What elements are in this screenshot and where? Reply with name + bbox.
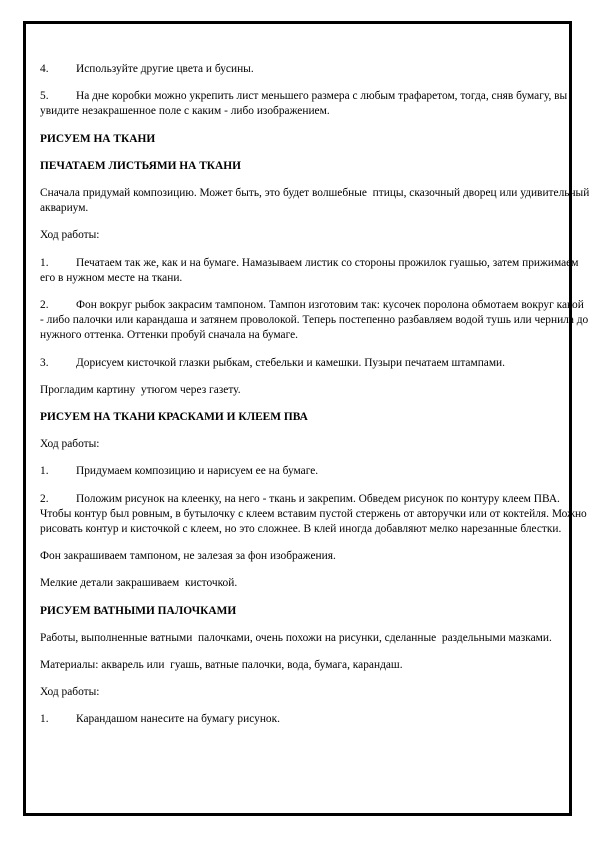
paragraph: Ход работы: xyxy=(40,685,590,700)
paragraph: Материалы: акварель или гуашь, ватные па… xyxy=(40,658,590,673)
list-item: 5.На дне коробки можно укрепить лист мен… xyxy=(40,89,590,119)
paragraph: Ход работы: xyxy=(40,228,590,243)
list-item-text: Положим рисунок на клеенку, на него - тк… xyxy=(40,493,590,535)
list-item-number: 3. xyxy=(40,356,76,371)
paragraph: Прогладим картину утюгом через газету. xyxy=(40,383,590,398)
list-item-text: Фон вокруг рыбок закрасим тампоном. Тамп… xyxy=(40,299,591,341)
list-item: 1.Печатаем так же, как и на бумаге. Нама… xyxy=(40,256,590,286)
paragraph: Работы, выполненные ватными палочками, о… xyxy=(40,631,590,646)
list-item-text: Печатаем так же, как и на бумаге. Намазы… xyxy=(40,257,581,284)
heading: РИСУЕМ ВАТНЫМИ ПАЛОЧКАМИ xyxy=(40,604,590,619)
list-item: 1.Карандашом нанесите на бумагу рисунок. xyxy=(40,712,590,727)
heading: РИСУЕМ НА ТКАНИ КРАСКАМИ И КЛЕЕМ ПВА xyxy=(40,410,590,425)
list-item-number: 5. xyxy=(40,89,76,104)
paragraph: Фон закрашиваем тампоном, не залезая за … xyxy=(40,549,590,564)
list-item-number: 1. xyxy=(40,256,76,271)
heading: РИСУЕМ НА ТКАНИ xyxy=(40,132,590,147)
list-item: 3.Дорисуем кисточкой глазки рыбкам, стеб… xyxy=(40,356,590,371)
paragraph: Сначала придумай композицию. Может быть,… xyxy=(40,186,590,216)
list-item: 4.Используйте другие цвета и бусины. xyxy=(40,62,590,77)
list-item-number: 2. xyxy=(40,492,76,507)
list-item-text: Используйте другие цвета и бусины. xyxy=(76,63,254,75)
paragraph: Мелкие детали закрашиваем кисточкой. xyxy=(40,576,590,591)
list-item: 2.Фон вокруг рыбок закрасим тампоном. Та… xyxy=(40,298,590,344)
paragraph: Ход работы: xyxy=(40,437,590,452)
list-item-number: 1. xyxy=(40,464,76,479)
document-page: 4.Используйте другие цвета и бусины.5.На… xyxy=(0,0,595,842)
list-item-text: Дорисуем кисточкой глазки рыбкам, стебел… xyxy=(76,357,505,369)
list-item-text: На дне коробки можно укрепить лист меньш… xyxy=(40,90,570,117)
list-item-text: Карандашом нанесите на бумагу рисунок. xyxy=(76,713,280,725)
list-item-number: 4. xyxy=(40,62,76,77)
heading: ПЕЧАТАЕМ ЛИСТЬЯМИ НА ТКАНИ xyxy=(40,159,590,174)
list-item-number: 1. xyxy=(40,712,76,727)
list-item: 1.Придумаем композицию и нарисуем ее на … xyxy=(40,464,590,479)
list-item-text: Придумаем композицию и нарисуем ее на бу… xyxy=(76,465,318,477)
list-item: 2.Положим рисунок на клеенку, на него - … xyxy=(40,492,590,538)
list-item-number: 2. xyxy=(40,298,76,313)
document-content: 4.Используйте другие цвета и бусины.5.На… xyxy=(40,62,590,740)
